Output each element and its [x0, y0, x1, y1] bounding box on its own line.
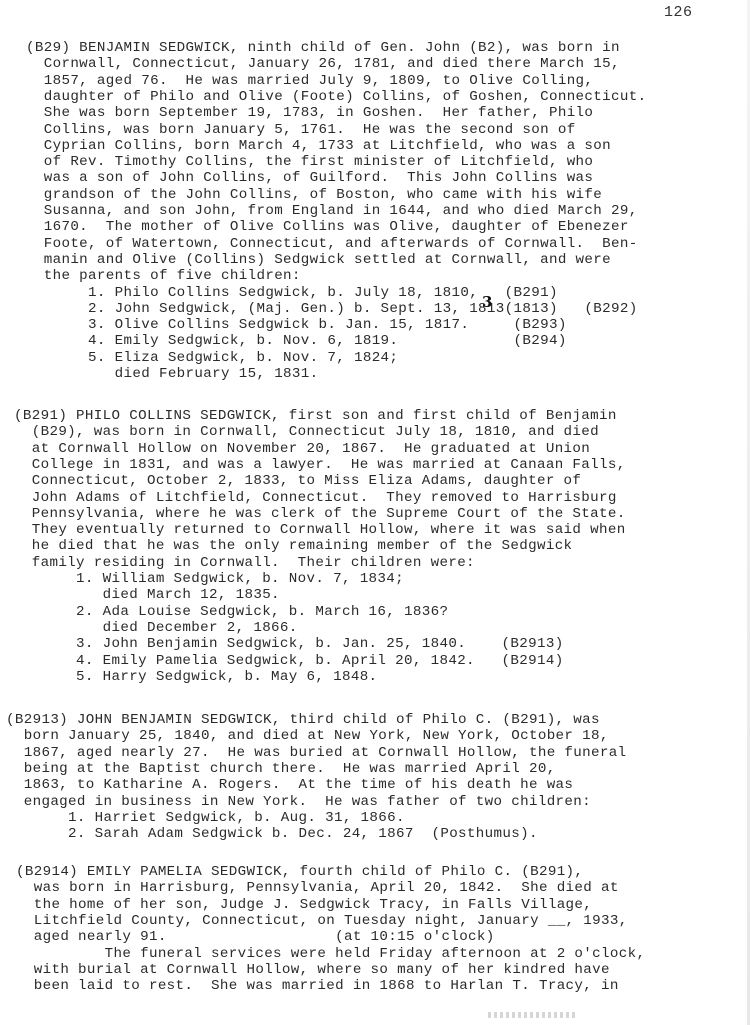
text-line: family residing in Cornwall. Their child… [14, 555, 475, 571]
text-line: 5. Harry Sedgwick, b. May 6, 1848. [14, 669, 377, 685]
text-line: with burial at Cornwall Hollow, where so… [16, 962, 610, 978]
text-line: The funeral services were held Friday af… [16, 946, 645, 962]
text-line: died March 12, 1835. [14, 587, 280, 603]
handwritten-annotation-3: 3 [482, 293, 492, 311]
text-line: died February 15, 1831. [26, 366, 319, 382]
text-line: 2. John Sedgwick, (Maj. Gen.) b. Sept. 1… [26, 301, 638, 317]
text-line: of Rev. Timothy Collins, the first minis… [26, 154, 593, 170]
text-line: he died that he was the only remaining m… [14, 538, 572, 554]
text-line: the parents of five children: [26, 268, 301, 284]
text-line: 1867, aged nearly 27. He was buried at C… [6, 745, 626, 761]
text-line: was a son of John Collins, of Guilford. … [26, 170, 593, 186]
text-line: Cornwall, Connecticut, January 26, 1781,… [26, 56, 620, 72]
text-line: 1. William Sedgwick, b. Nov. 7, 1834; [14, 571, 404, 587]
text-line: Cyprian Collins, born March 4, 1733 at L… [26, 138, 611, 154]
text-line: manin and Olive (Collins) Sedgwick settl… [26, 252, 611, 268]
text-line: 2. Ada Louise Sedgwick, b. March 16, 183… [14, 604, 448, 620]
text-line: being at the Baptist church there. He wa… [6, 761, 556, 777]
text-line: 1857, aged 76. He was married July 9, 18… [26, 73, 593, 89]
text-line: (B291) PHILO COLLINS SEDGWICK, first son… [14, 408, 617, 424]
text-line: 3. John Benjamin Sedgwick, b. Jan. 25, 1… [14, 636, 564, 652]
text-line: 1863, to Katharine A. Rogers. At the tim… [6, 777, 573, 793]
text-line: 1. Philo Collins Sedgwick, b. July 18, 1… [26, 285, 558, 301]
text-line: died December 2, 1866. [14, 620, 298, 636]
text-line: engaged in business in New York. He was … [6, 794, 591, 810]
text-line: 1670. The mother of Olive Collins was Ol… [26, 219, 629, 235]
text-line: Pennsylvania, where he was clerk of the … [14, 506, 626, 522]
text-line: been laid to rest. She was married in 18… [16, 978, 619, 994]
text-line: 3. Olive Collins Sedgwick b. Jan. 15, 18… [26, 317, 567, 333]
text-line: the home of her son, Judge J. Sedgwick T… [16, 897, 592, 913]
text-line: at Cornwall Hollow on November 20, 1867.… [14, 441, 590, 457]
text-line: daughter of Philo and Olive (Foote) Coll… [26, 89, 646, 105]
text-line: College in 1831, and was a lawyer. He wa… [14, 457, 626, 473]
text-line: She was born September 19, 1783, in Gosh… [26, 105, 593, 121]
text-line: They eventually returned to Cornwall Hol… [14, 522, 626, 538]
text-line: Litchfield County, Connecticut, on Tuesd… [16, 913, 628, 929]
text-line: Susanna, and son John, from England in 1… [26, 203, 638, 219]
text-line: Foote, of Watertown, Connecticut, and af… [26, 236, 638, 252]
text-line: (B29), was born in Cornwall, Connecticut… [14, 424, 599, 440]
scan-smudge [488, 1012, 578, 1018]
text-line: John Adams of Litchfield, Connecticut. T… [14, 490, 617, 506]
text-line: aged nearly 91. (at 10:15 o'clock) [16, 929, 495, 945]
document-page: 126 (B29) BENJAMIN SEDGWICK, ninth child… [0, 0, 750, 1025]
text-line: grandson of the John Collins, of Boston,… [26, 187, 602, 203]
text-line: 2. Sarah Adam Sedgwick b. Dec. 24, 1867 … [6, 826, 538, 842]
text-line: Connecticut, October 2, 1833, to Miss El… [14, 473, 581, 489]
text-line: (B29) BENJAMIN SEDGWICK, ninth child of … [26, 40, 620, 56]
page-number: 126 [664, 4, 693, 21]
text-line: 4. Emily Pamelia Sedgwick, b. April 20, … [14, 653, 564, 669]
text-line: 4. Emily Sedgwick, b. Nov. 6, 1819. (B29… [26, 333, 567, 349]
text-line: Collins, was born January 5, 1761. He wa… [26, 122, 576, 138]
text-line: (B2914) EMILY PAMELIA SEDGWICK, fourth c… [16, 864, 583, 880]
text-line: 1. Harriet Sedgwick, b. Aug. 31, 1866. [6, 810, 405, 826]
text-line: was born in Harrisburg, Pennsylvania, Ap… [16, 880, 619, 896]
text-line: 5. Eliza Sedgwick, b. Nov. 7, 1824; [26, 350, 398, 366]
text-line: (B2913) JOHN BENJAMIN SEDGWICK, third ch… [6, 712, 600, 728]
text-line: born January 25, 1840, and died at New Y… [6, 728, 609, 744]
